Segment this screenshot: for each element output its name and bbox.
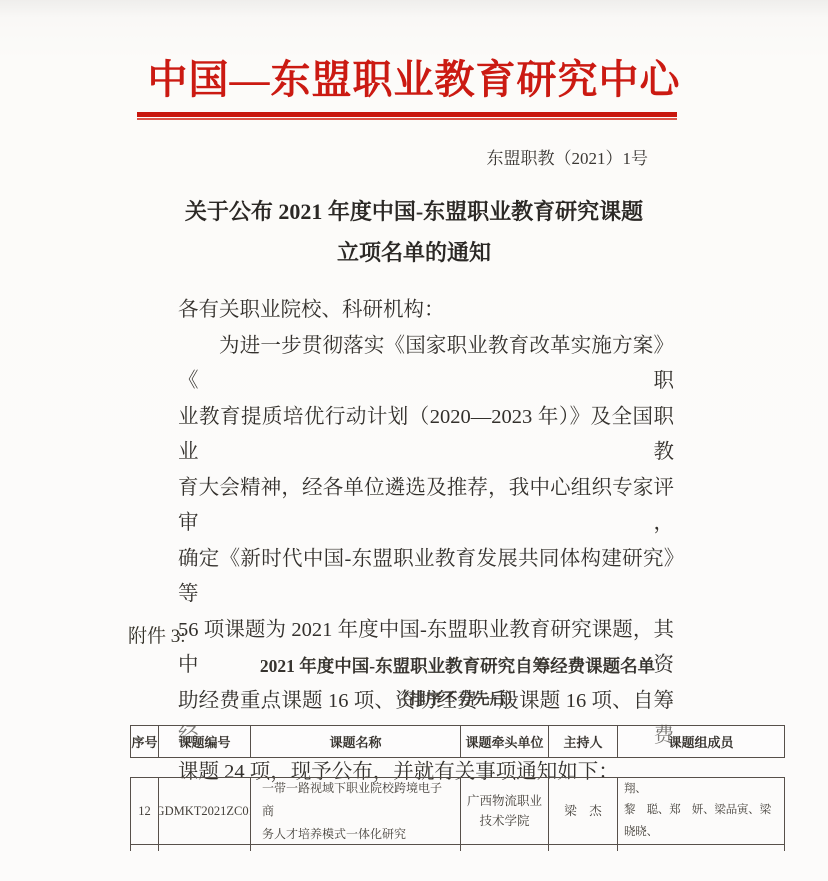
notice-title: 关于公布 2021 年度中国-东盟职业教育研究课题 立项名单的通知 [0,191,828,273]
row-lead-org-line-1: 广西物流职业 [467,791,542,811]
body-line: 为进一步贯彻落实《国家职业教育改革实施方案》《职 [178,329,674,400]
attachment-table-subtitle: （排序不分先后） [130,686,785,709]
table-header-project-name: 课题名称 [251,726,461,757]
row-leader: 梁 杰 [549,778,618,844]
salutation: 各有关职业院校、科研机构： [178,293,674,329]
row-lead-org-line-2: 技术学院 [479,811,529,831]
table-next-row-stub [130,845,785,851]
row-members-line-2: 黎 聪、郑 妍、梁品寅、梁晓晓、 [624,800,778,843]
table-header-leader: 主持人 [549,726,618,757]
table-header-row: 序号 课题编号 课题名称 课题牵头单位 主持人 课题组成员 [130,725,785,758]
row-members-line-1: 李芳芳、黄维忠、莫丽梅、李 翔、 [624,778,778,800]
table-header-index: 序号 [131,726,159,757]
body-line: 业教育提质培优行动计划（2020—2023 年）》及全国职业教 [178,400,674,471]
notice-title-line-2: 立项名单的通知 [0,232,828,273]
row-project-name-line-2: 务人才培养模式一体化研究 [262,823,406,845]
letterhead-title: 中国—东盟职业教育研究中心 [0,48,828,105]
table-header-code: 课题编号 [159,726,251,757]
table-header-members: 课题组成员 [618,726,784,757]
row-project-name-line-1: 一带一路视域下职业院校跨境电子商 [262,778,449,823]
attachment-label: 附件 3: [128,621,186,648]
notice-title-line-1: 关于公布 2021 年度中国-东盟职业教育研究课题 [0,191,828,232]
row-project-name: 一带一路视域下职业院校跨境电子商 务人才培养模式一体化研究 [251,778,461,844]
document-number: 东盟职教（2021）1号 [487,144,649,169]
row-members: 李芳芳、黄维忠、莫丽梅、李 翔、 黎 聪、郑 妍、梁品寅、梁晓晓、 雷丽仙、刘敬… [618,778,784,844]
row-project-code: ZGDMKT2021ZC012 [159,778,251,844]
letterhead-rule-thick-line [137,112,677,117]
table-header-lead-org: 课题牵头单位 [461,726,549,757]
notice-body: 各有关职业院校、科研机构： 为进一步贯彻落实《国家职业教育改革实施方案》《职 业… [178,293,674,790]
document-page: 中国—东盟职业教育研究中心 东盟职教（2021）1号 关于公布 2021 年度中… [0,0,828,881]
row-lead-org: 广西物流职业 技术学院 [461,778,549,844]
body-line: 确定《新时代中国-东盟职业教育发展共同体构建研究》等 [178,542,674,613]
row-members-line-3: 雷丽仙、刘敬敬 [624,843,703,844]
body-line: 育大会精神，经各单位遴选及推荐，我中心组织专家评审， [178,471,674,542]
letterhead-rule [137,112,677,120]
table-row: 12 ZGDMKT2021ZC012 一带一路视域下职业院校跨境电子商 务人才培… [130,777,785,845]
letterhead-rule-thin-line [137,118,677,120]
attachment-table-title: 2021 年度中国-东盟职业教育研究自筹经费课题名单 [130,653,785,678]
row-index: 12 [131,778,159,844]
